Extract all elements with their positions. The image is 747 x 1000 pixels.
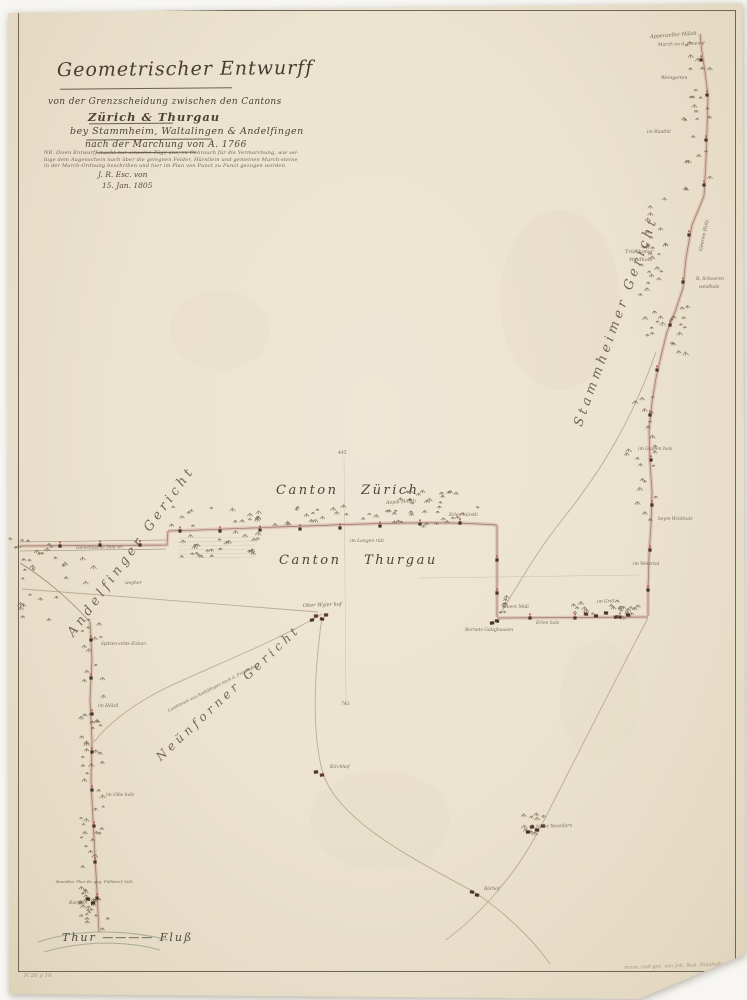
- map-label-thur-guetli: Brandlen Thur Br. geg. Füllistorf Gütl.: [56, 879, 134, 884]
- map-label-gopfenholz: im Gopfen holz: [638, 447, 672, 452]
- map-label-weiertal: im Weiertal: [633, 562, 659, 567]
- tree-icon: [5, 547, 8, 549]
- map-label-weidholz-1: Weidholz: [629, 257, 652, 263]
- map-label-weidholz-2: weidholz: [699, 285, 719, 290]
- map-label-gibsholz: im Gibs holz: [106, 793, 134, 798]
- map-label-wickholz: beym Wickholz: [658, 517, 692, 522]
- map-label-langen-rueti: im Langen rüti: [350, 539, 384, 544]
- map-note: NB. Disen Entwurff macht nur einzelne Zü…: [44, 150, 274, 170]
- map-label-spitzen-eichen: Spitzen echte Eichen: [101, 641, 146, 646]
- signature-line-1: J. R. Esc. von: [98, 170, 147, 179]
- map-subtitle-1: von der Grenzscheidung zwischen den Cant…: [48, 97, 282, 107]
- map-label-kirchhof: Kirchhof: [330, 765, 350, 770]
- map-label-bernets-guetighausen: Bernets Gütighausen: [465, 628, 513, 633]
- tree-icon: [8, 537, 12, 540]
- label-canton-thurgau: Canton Thurgau: [279, 553, 438, 568]
- map-label-erlen-huerstli: Erlen hürstli: [449, 513, 478, 518]
- map-label-obere-mueli: Obere Müli: [503, 605, 529, 610]
- map-label-survey-mark-743: 743: [341, 702, 350, 707]
- map-label-survey-mark-445: 445: [338, 451, 347, 456]
- note-line-1: NB. Disen Entwurff macht nur einzelne Zü…: [44, 150, 299, 156]
- map-label-weyher: weyher: [125, 581, 142, 586]
- map-paper: Geometrischer Entwurff von der Grenzsche…: [0, 0, 747, 1000]
- map-label-gerechtsame-feld: Gerechtsame Feld str.: [76, 545, 124, 551]
- map-label-buenthli: im Bünthli: [647, 130, 671, 135]
- tree-icon: [2, 547, 6, 549]
- paper-wrap: Geometrischer Entwurff von der Grenzsche…: [0, 0, 747, 1000]
- map-subtitle-3: bey Stammheim, Waltalingen & Andelfingen: [70, 126, 304, 137]
- map-label-truellikoner: Trüllikoner: [625, 249, 653, 255]
- note-line-3: in der March-Ordnung beschriben und hier…: [44, 163, 287, 169]
- signature-line-2: 15. Jan. 1805: [102, 181, 152, 190]
- map-label-im-hoelzli: im Hölzli: [98, 704, 118, 709]
- map-label-im-gruet: im Grüt: [597, 599, 615, 605]
- map-subtitle-4: nach der Marchung von A. 1766: [85, 140, 247, 150]
- tree-icon: [0, 548, 4, 551]
- note-line-2: bige dem Augenschein nach über die geleg…: [44, 157, 298, 163]
- map-title: Geometrischer Entwurff: [57, 57, 313, 81]
- label-canton-zurich: Canton Zürich: [276, 483, 420, 498]
- map-label-burghof: Burghof: [69, 900, 88, 906]
- map-label-schooren: R. Schooren: [696, 277, 724, 282]
- scanned-map-page: { "document": { "kind": "historical hand…: [0, 0, 747, 1000]
- map-label-roerhof: Rörhof: [484, 887, 500, 892]
- map-label-erlen-holz: Erlen holz: [536, 621, 559, 626]
- map-label-shelfmark: N 26 g 16: [24, 973, 52, 979]
- label-thur-river: Thur ———— Fluß: [62, 931, 193, 944]
- map-label-weingarten: Weingarten: [661, 76, 687, 81]
